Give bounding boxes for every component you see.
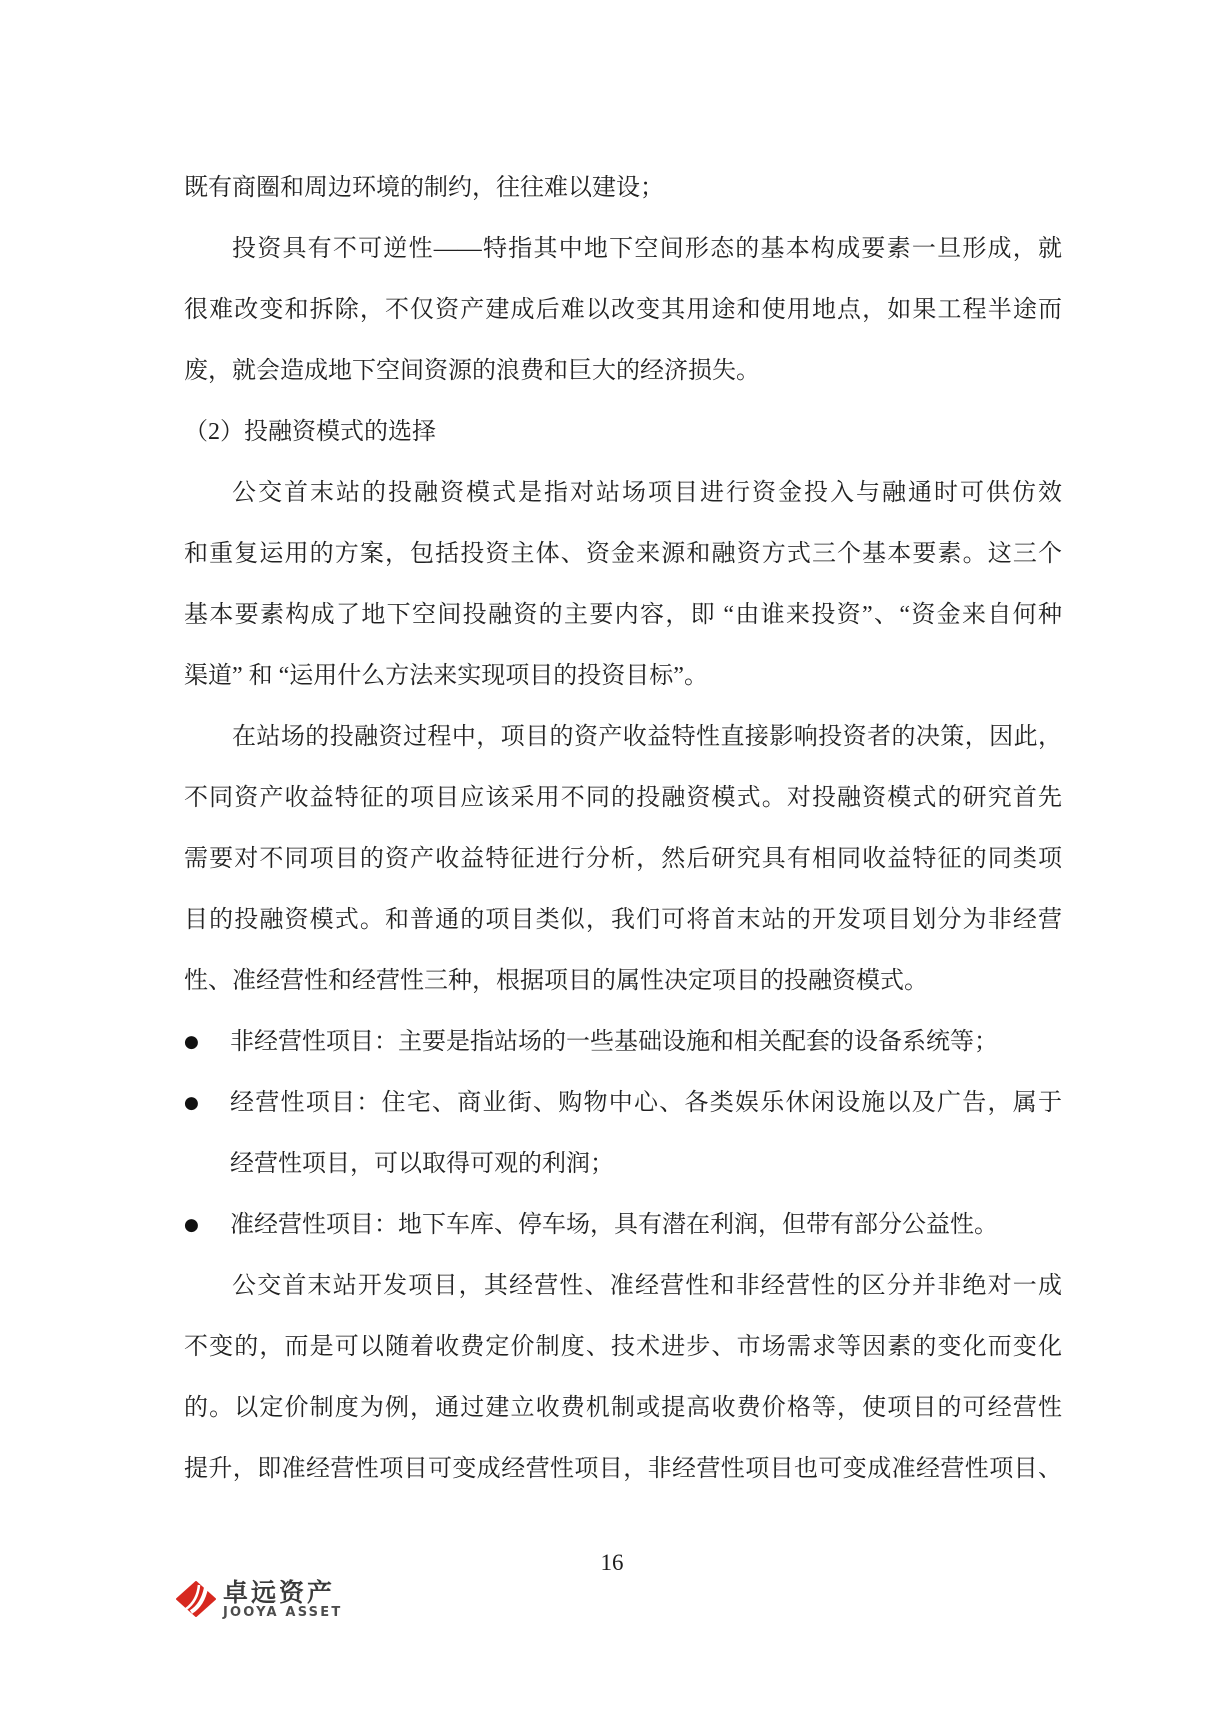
logo-en-text: JOOYA ASSET bbox=[223, 1606, 342, 1619]
text-line: 和重复运用的方案，包括投资主体、资金来源和融资方式三个基本要素。这三个 bbox=[184, 524, 1062, 585]
jooya-logo-icon bbox=[176, 1581, 216, 1622]
text-line: 公交首末站开发项目，其经营性、准经营性和非经营性的区分并非绝对一成 bbox=[184, 1256, 1062, 1317]
document-body: 既有商圈和周边环境的制约，往往难以建设；投资具有不可逆性——特指其中地下空间形态… bbox=[184, 158, 1062, 1500]
text-line: 经营性项目，可以取得可观的利润； bbox=[184, 1134, 1062, 1195]
document-page: 既有商圈和周边环境的制约，往往难以建设；投资具有不可逆性——特指其中地下空间形态… bbox=[0, 0, 1224, 1720]
text-line: 很难改变和拆除，不仅资产建成后难以改变其用途和使用地点，如果工程半途而 bbox=[184, 280, 1062, 341]
text-line: 的。以定价制度为例，通过建立收费机制或提高收费价格等，使项目的可经营性 bbox=[184, 1378, 1062, 1439]
bullet-list-item: ●经营性项目：住宅、商业街、购物中心、各类娱乐休闲设施以及广告，属于 bbox=[184, 1073, 1062, 1134]
text-line: 不变的，而是可以随着收费定价制度、技术进步、市场需求等因素的变化而变化 bbox=[184, 1317, 1062, 1378]
bullet-list-item: ●准经营性项目：地下车库、停车场，具有潜在利润，但带有部分公益性。 bbox=[184, 1195, 1062, 1256]
text-line: 废，就会造成地下空间资源的浪费和巨大的经济损失。 bbox=[184, 341, 1062, 402]
text-line: 不同资产收益特征的项目应该采用不同的投融资模式。对投融资模式的研究首先 bbox=[184, 768, 1062, 829]
text-line: 投资具有不可逆性——特指其中地下空间形态的基本构成要素一旦形成，就 bbox=[184, 219, 1062, 280]
page-number: 16 bbox=[0, 1548, 1224, 1578]
text-line: 既有商圈和周边环境的制约，往往难以建设； bbox=[184, 158, 1062, 219]
section-heading: （2）投融资模式的选择 bbox=[184, 402, 1062, 463]
footer-logo: 卓远资产 JOOYA ASSET bbox=[176, 1580, 342, 1622]
text-line: 渠道” 和 “运用什么方法来实现项目的投资目标”。 bbox=[184, 646, 1062, 707]
bullet-icon: ● bbox=[184, 1012, 230, 1073]
bullet-icon: ● bbox=[184, 1073, 230, 1134]
text-line: 提升，即准经营性项目可变成经营性项目，非经营性项目也可变成准经营性项目、 bbox=[184, 1439, 1062, 1500]
logo-cn-text: 卓远资产 bbox=[223, 1580, 342, 1605]
bullet-icon: ● bbox=[184, 1195, 230, 1256]
text-line: 目的投融资模式。和普通的项目类似，我们可将首末站的开发项目划分为非经营 bbox=[184, 890, 1062, 951]
text-line: 性、准经营性和经营性三种，根据项目的属性决定项目的投融资模式。 bbox=[184, 951, 1062, 1012]
text-line: 在站场的投融资过程中，项目的资产收益特性直接影响投资者的决策，因此， bbox=[184, 707, 1062, 768]
text-line: 基本要素构成了地下空间投融资的主要内容，即 “由谁来投资”、“资金来自何种 bbox=[184, 585, 1062, 646]
bullet-text: 准经营性项目：地下车库、停车场，具有潜在利润，但带有部分公益性。 bbox=[230, 1195, 1062, 1256]
text-line: 公交首末站的投融资模式是指对站场项目进行资金投入与融通时可供仿效 bbox=[184, 463, 1062, 524]
text-line: 需要对不同项目的资产收益特征进行分析，然后研究具有相同收益特征的同类项 bbox=[184, 829, 1062, 890]
bullet-text: 非经营性项目：主要是指站场的一些基础设施和相关配套的设备系统等； bbox=[230, 1012, 1062, 1073]
bullet-text: 经营性项目：住宅、商业街、购物中心、各类娱乐休闲设施以及广告，属于 bbox=[230, 1073, 1062, 1134]
logo-text-block: 卓远资产 JOOYA ASSET bbox=[223, 1580, 342, 1619]
bullet-list-item: ●非经营性项目：主要是指站场的一些基础设施和相关配套的设备系统等； bbox=[184, 1012, 1062, 1073]
